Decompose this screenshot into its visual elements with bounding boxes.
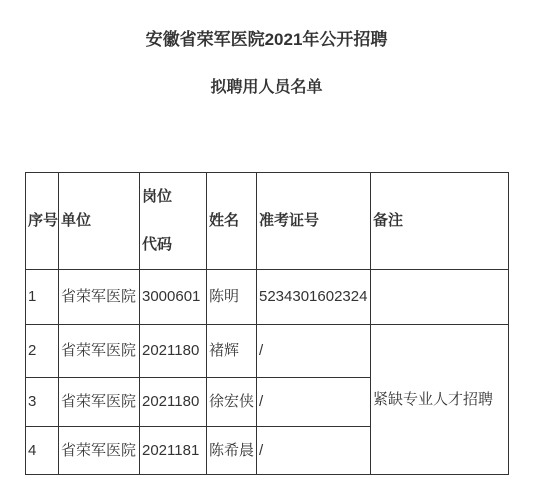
cell-remark-merged: 紧缺专业人才招聘	[371, 325, 509, 475]
column-header-ticket-number: 准考证号	[257, 173, 371, 270]
table-row: 2 省荣军医院 2021180 褚辉 / 紧缺专业人才招聘	[26, 325, 509, 378]
cell-name: 陈希晨	[207, 427, 257, 475]
cell-name: 陈明	[207, 270, 257, 325]
cell-ticket-number: 5234301602324	[257, 270, 371, 325]
cell-job-code: 3000601	[140, 270, 207, 325]
column-header-remark: 备注	[371, 173, 509, 270]
column-header-job-code: 岗位 代码	[140, 173, 207, 270]
cell-ticket-number: /	[257, 427, 371, 475]
cell-name: 褚辉	[207, 325, 257, 378]
cell-number: 1	[26, 270, 59, 325]
cell-job-code: 2021181	[140, 427, 207, 475]
cell-number: 4	[26, 427, 59, 475]
cell-job-code: 2021180	[140, 378, 207, 427]
cell-remark	[371, 270, 509, 325]
document-page: 安徽省荣军医院2021年公开招聘 拟聘用人员名单 序号 单位 岗位 代码 姓名 …	[0, 0, 533, 498]
table-header-row: 序号 单位 岗位 代码 姓名 准考证号 备注	[26, 173, 509, 270]
column-header-name: 姓名	[207, 173, 257, 270]
cell-unit: 省荣军医院	[59, 270, 140, 325]
cell-ticket-number: /	[257, 378, 371, 427]
cell-number: 2	[26, 325, 59, 378]
cell-job-code: 2021180	[140, 325, 207, 378]
column-header-number: 序号	[26, 173, 59, 270]
cell-unit: 省荣军医院	[59, 378, 140, 427]
cell-ticket-number: /	[257, 325, 371, 378]
cell-name: 徐宏侠	[207, 378, 257, 427]
column-header-unit: 单位	[59, 173, 140, 270]
cell-unit: 省荣军医院	[59, 325, 140, 378]
cell-unit: 省荣军医院	[59, 427, 140, 475]
cell-number: 3	[26, 378, 59, 427]
recruitment-roster-table: 序号 单位 岗位 代码 姓名 准考证号 备注 1 省荣军医院 3000601 陈…	[25, 172, 509, 475]
table-row: 1 省荣军医院 3000601 陈明 5234301602324	[26, 270, 509, 325]
page-subtitle: 拟聘用人员名单	[0, 78, 533, 98]
page-title: 安徽省荣军医院2021年公开招聘	[0, 30, 533, 50]
